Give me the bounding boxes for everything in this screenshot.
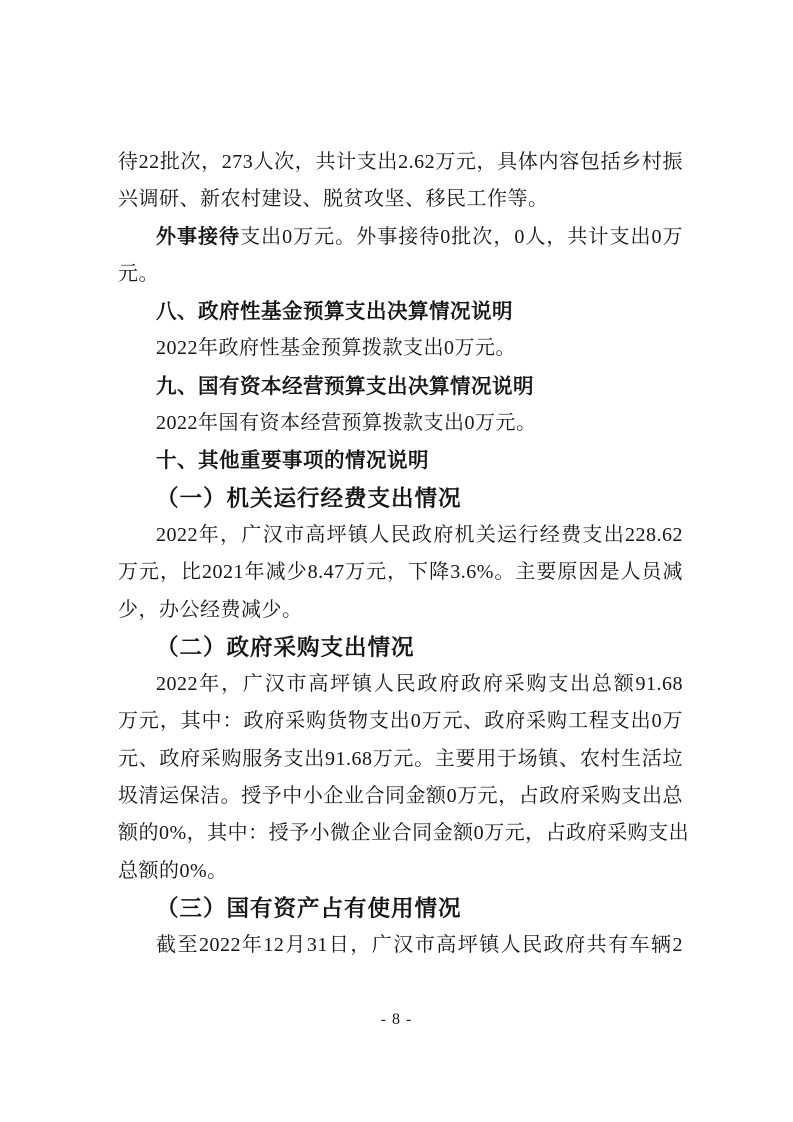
subsection-heading: （二）政府采购支出情况 xyxy=(118,629,683,666)
bold-run: 外事接待 xyxy=(156,226,240,248)
document-body: 待22批次，273人次，共计支出2.62万元，具体内容包括乡村振 兴调研、新农村… xyxy=(118,144,683,965)
text-line: 万元，其中：政府采购货物支出0万元、政府采购工程支出0万 xyxy=(118,703,683,740)
text-line: 元、政府采购服务支出91.68万元。主要用于场镇、农村生活垃 xyxy=(118,741,683,778)
text-line: 总额的0%。 xyxy=(118,853,683,890)
section-heading: 九、国有资本经营预算支出决算情况说明 xyxy=(118,368,683,405)
document-page: 待22批次，273人次，共计支出2.62万元，具体内容包括乡村振 兴调研、新农村… xyxy=(0,0,793,1122)
text-line: 2022年，广汉市高坪镇人民政府机关运行经费支出228.62 xyxy=(118,517,683,554)
text-line: 额的0%，其中：授予小微企业合同金额0万元，占政府采购支出 xyxy=(118,815,683,852)
text-line: 2022年政府性基金预算拨款支出0万元。 xyxy=(118,330,683,367)
text-line: 元。 xyxy=(118,256,683,293)
text-line: 万元，比2021年减少8.47万元，下降3.6%。主要原因是人员减 xyxy=(118,554,683,591)
subsection-heading: （三）国有资产占有使用情况 xyxy=(118,890,683,927)
text-line: 外事接待支出0万元。外事接待0批次，0人，共计支出0万 xyxy=(118,219,683,256)
text-line: 圾清运保洁。授予中小企业合同金额0万元，占政府采购支出总 xyxy=(118,778,683,815)
text-line: 兴调研、新农村建设、脱贫攻坚、移民工作等。 xyxy=(118,181,683,218)
text-line: 2022年，广汉市高坪镇人民政府政府采购支出总额91.68 xyxy=(118,666,683,703)
text-line: 待22批次，273人次，共计支出2.62万元，具体内容包括乡村振 xyxy=(118,144,683,181)
section-heading: 十、其他重要事项的情况说明 xyxy=(118,442,683,479)
page-number: - 8 - xyxy=(0,1008,793,1032)
section-heading: 八、政府性基金预算支出决算情况说明 xyxy=(118,293,683,330)
subsection-heading: （一）机关运行经费支出情况 xyxy=(118,480,683,517)
text-line: 截至2022年12月31日，广汉市高坪镇人民政府共有车辆2 xyxy=(118,927,683,964)
text-line: 少，办公经费减少。 xyxy=(118,592,683,629)
text-run: 支出0万元。外事接待0批次，0人，共计支出0万 xyxy=(240,226,683,248)
text-line: 2022年国有资本经营预算拨款支出0万元。 xyxy=(118,405,683,442)
